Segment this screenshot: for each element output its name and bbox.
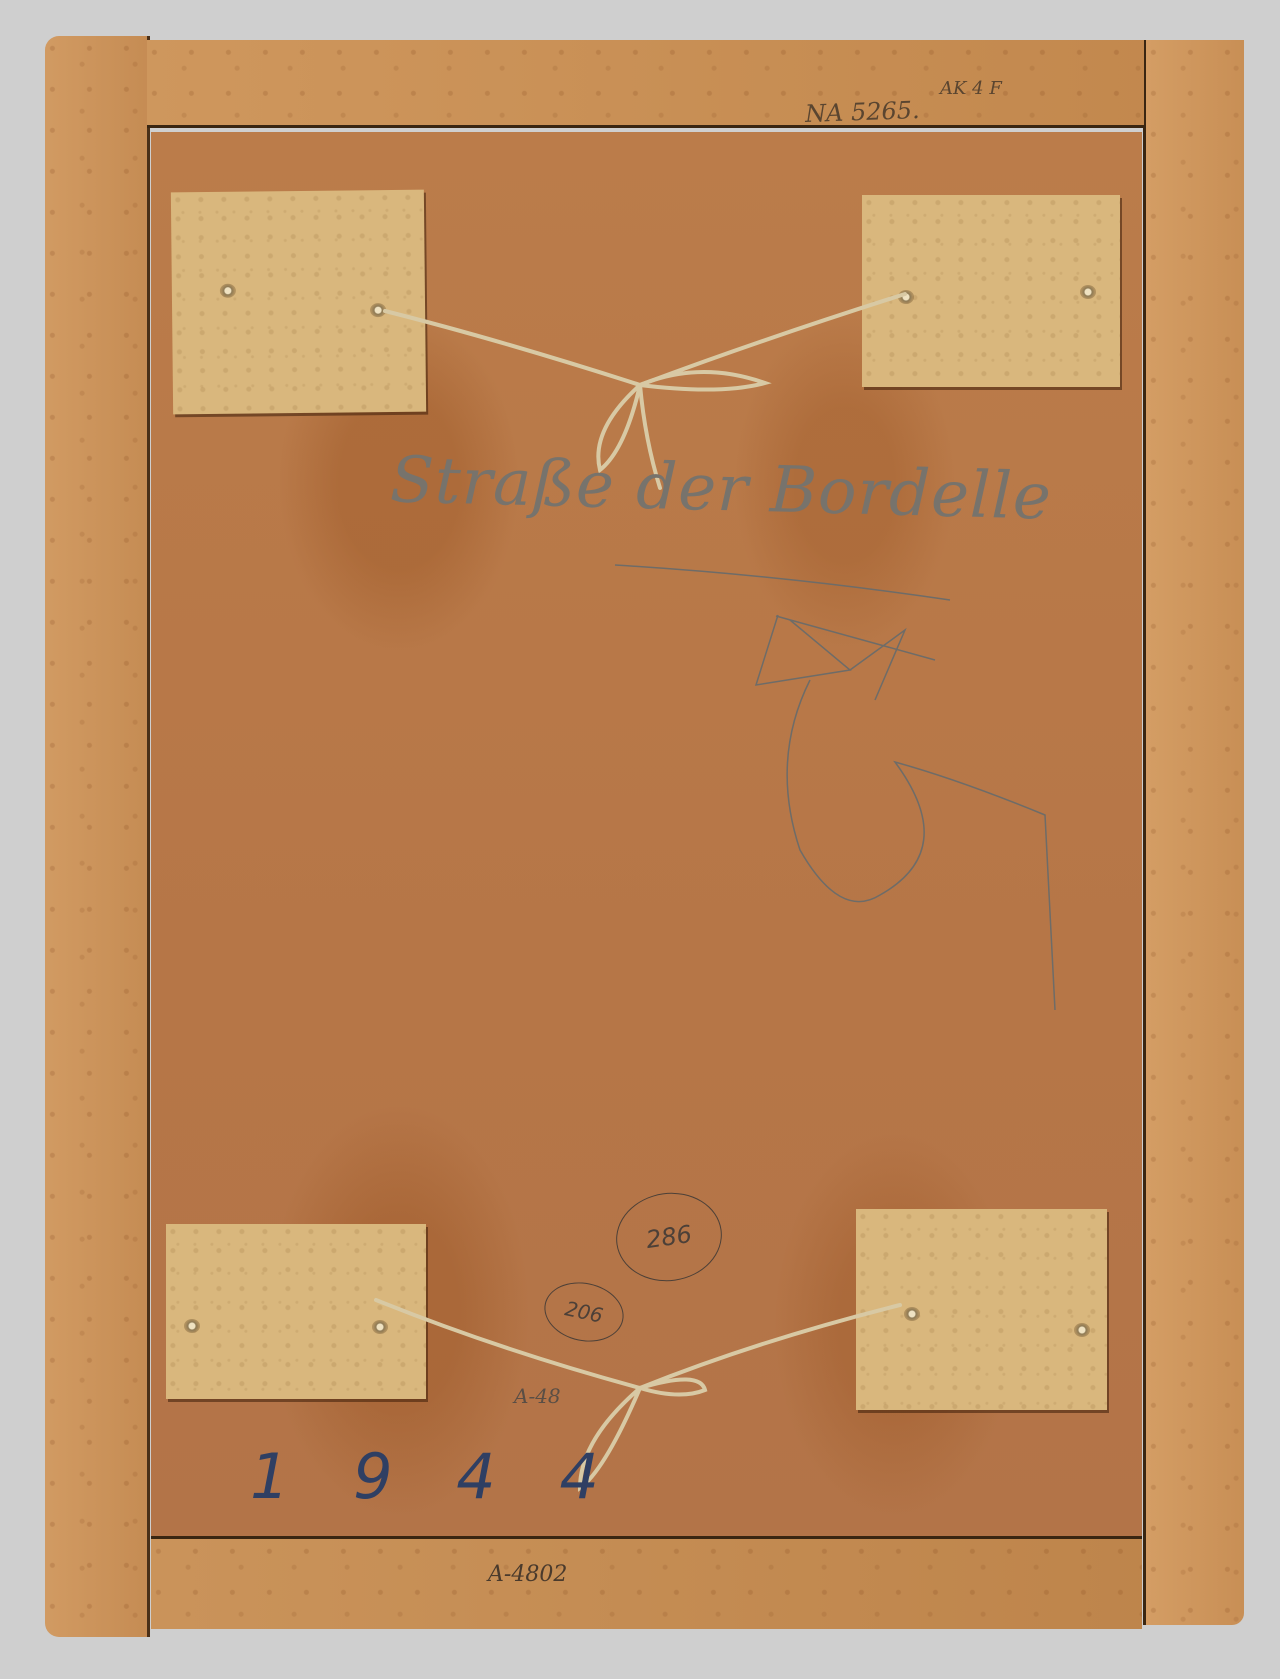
frame-bottom-strip bbox=[151, 1536, 1142, 1629]
hanging-card-bottom-left bbox=[166, 1224, 426, 1399]
frame-left-strip bbox=[45, 36, 150, 1637]
string-knot bbox=[1080, 285, 1096, 299]
frame-right-strip bbox=[1143, 40, 1244, 1625]
frame-code-a4802: A-4802 bbox=[488, 1562, 567, 1587]
code-a48: A-48 bbox=[514, 1384, 561, 1408]
string-knot bbox=[184, 1319, 200, 1333]
string-knot bbox=[372, 1320, 388, 1334]
string-knot bbox=[904, 1307, 920, 1321]
inventory-number: NA 5265. bbox=[805, 96, 921, 128]
string-knot bbox=[220, 284, 236, 298]
hanging-card-top-right bbox=[862, 195, 1120, 387]
string-knot bbox=[1074, 1323, 1090, 1337]
inventory-number-superscript: AK 4 F bbox=[940, 78, 1002, 99]
string-knot bbox=[370, 303, 386, 317]
hanging-card-top-left bbox=[171, 190, 426, 415]
hanging-card-bottom-right bbox=[856, 1209, 1107, 1410]
string-knot bbox=[898, 290, 914, 304]
blue-crayon-date: 1 9 4 4 bbox=[250, 1440, 621, 1513]
